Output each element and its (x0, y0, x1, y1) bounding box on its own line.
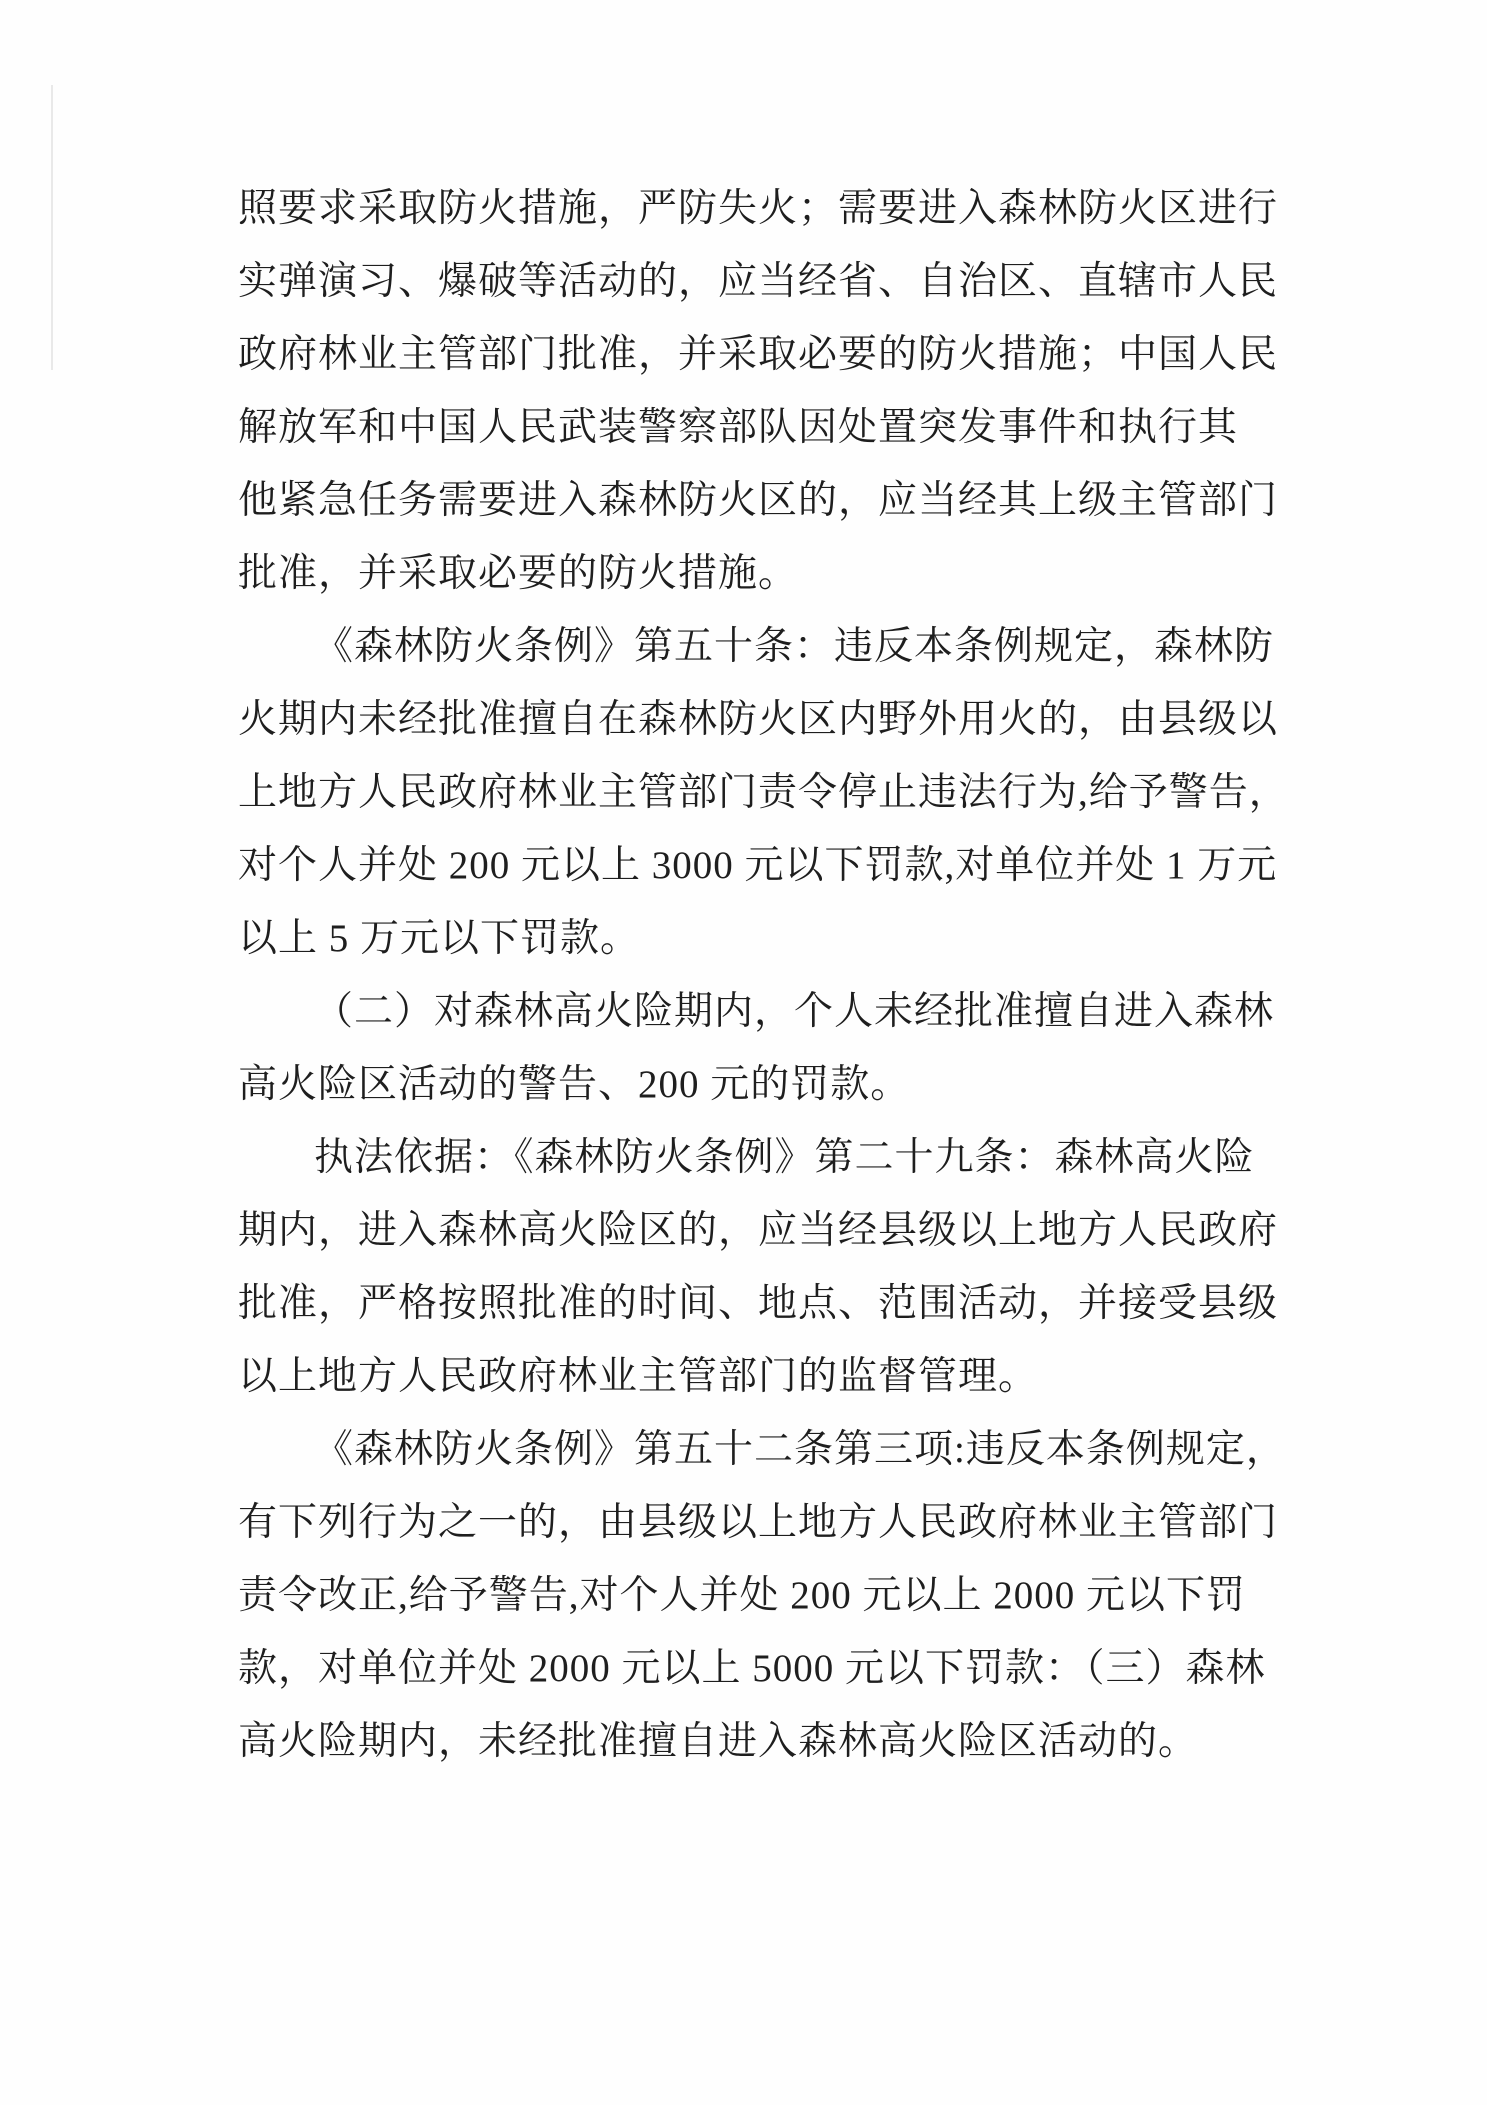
text-line: 执法依据：《森林防火条例》第二十九条：森林高火险 (238, 1121, 1254, 1194)
text-line: 批准，并采取必要的防火措施。 (238, 537, 1254, 610)
text-line: 高火险区活动的警告、200 元的罚款。 (238, 1048, 1254, 1121)
paragraph: 《森林防火条例》第五十条：违反本条例规定，森林防火期内未经批准擅自在森林防火区内… (238, 610, 1254, 975)
text-line: 款，对单位并处 2000 元以上 5000 元以下罚款：（三）森林 (238, 1632, 1254, 1705)
text-line: 火期内未经批准擅自在森林防火区内野外用火的，由县级以 (238, 683, 1254, 756)
text-line: 期内，进入森林高火险区的，应当经县级以上地方人民政府 (238, 1194, 1254, 1267)
text-line: 高火险期内，未经批准擅自进入森林高火险区活动的。 (238, 1705, 1254, 1778)
text-line: （二）对森林高火险期内，个人未经批准擅自进入森林 (238, 975, 1254, 1048)
paragraph: （二）对森林高火险期内，个人未经批准擅自进入森林高火险区活动的警告、200 元的… (238, 975, 1254, 1121)
text-line: 以上 5 万元以下罚款。 (238, 902, 1254, 975)
text-line: 《森林防火条例》第五十条：违反本条例规定，森林防 (238, 610, 1254, 683)
text-line: 解放军和中国人民武装警察部队因处置突发事件和执行其 (238, 391, 1254, 464)
text-line: 责令改正,给予警告,对个人并处 200 元以上 2000 元以下罚 (238, 1559, 1254, 1632)
document-page: 照要求采取防火措施，严防失火；需要进入森林防火区进行实弹演习、爆破等活动的，应当… (0, 0, 1487, 2105)
text-line: 对个人并处 200 元以上 3000 元以下罚款,对单位并处 1 万元 (238, 829, 1254, 902)
scan-artifact (51, 85, 53, 370)
text-line: 他紧急任务需要进入森林防火区的，应当经其上级主管部门 (238, 464, 1254, 537)
text-line: 以上地方人民政府林业主管部门的监督管理。 (238, 1340, 1254, 1413)
document-body: 照要求采取防火措施，严防失火；需要进入森林防火区进行实弹演习、爆破等活动的，应当… (238, 172, 1254, 1778)
text-line: 批准，严格按照批准的时间、地点、范围活动，并接受县级 (238, 1267, 1254, 1340)
paragraph: 照要求采取防火措施，严防失火；需要进入森林防火区进行实弹演习、爆破等活动的，应当… (238, 172, 1254, 610)
text-line: 有下列行为之一的，由县级以上地方人民政府林业主管部门 (238, 1486, 1254, 1559)
paragraph: 执法依据：《森林防火条例》第二十九条：森林高火险期内，进入森林高火险区的，应当经… (238, 1121, 1254, 1413)
text-line: 实弹演习、爆破等活动的，应当经省、自治区、直辖市人民 (238, 245, 1254, 318)
text-line: 照要求采取防火措施，严防失火；需要进入森林防火区进行 (238, 172, 1254, 245)
text-line: 《森林防火条例》第五十二条第三项:违反本条例规定， (238, 1413, 1254, 1486)
text-line: 上地方人民政府林业主管部门责令停止违法行为,给予警告， (238, 756, 1254, 829)
paragraph: 《森林防火条例》第五十二条第三项:违反本条例规定，有下列行为之一的，由县级以上地… (238, 1413, 1254, 1778)
text-line: 政府林业主管部门批准，并采取必要的防火措施；中国人民 (238, 318, 1254, 391)
